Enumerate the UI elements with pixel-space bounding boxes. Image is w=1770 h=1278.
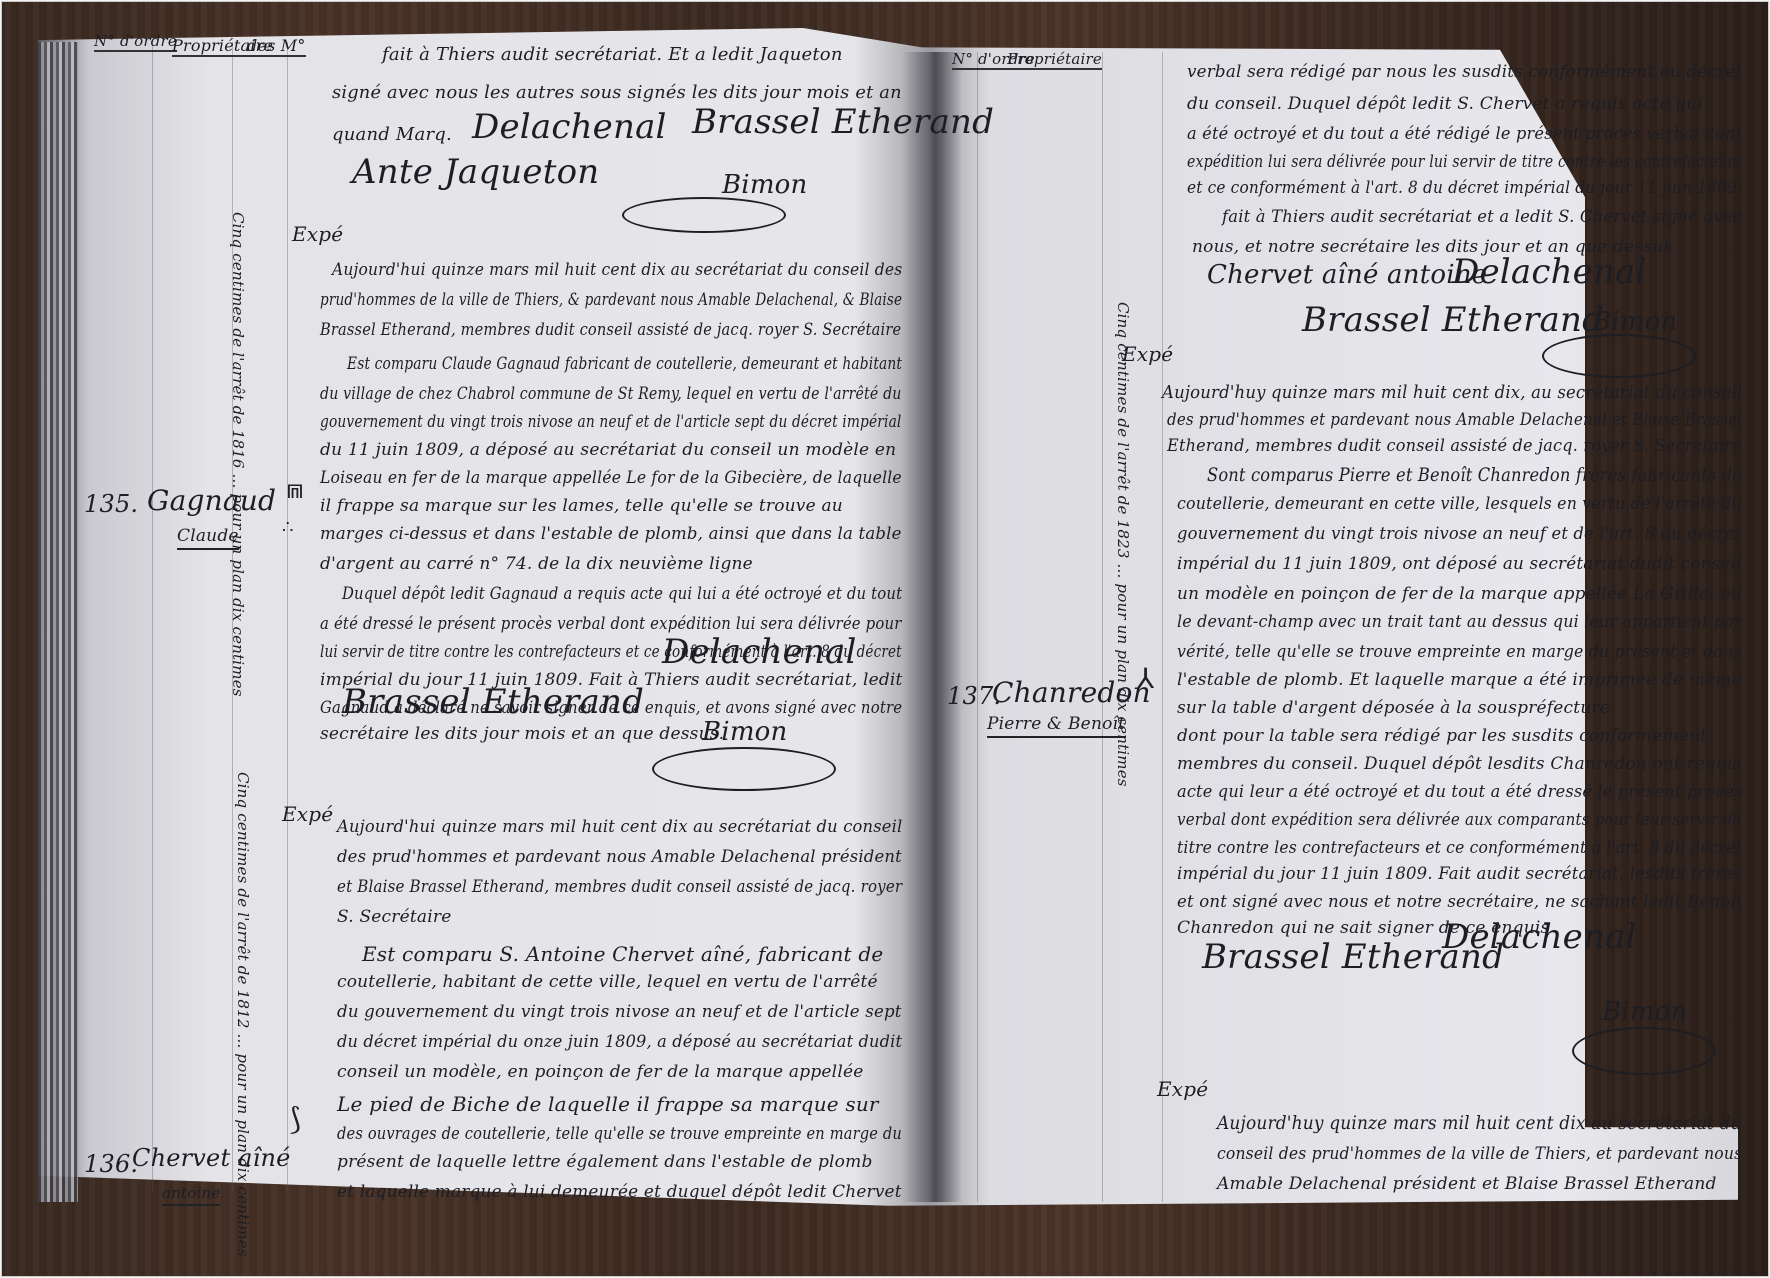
text-line: coutellerie, demeurant en cette ville, l… xyxy=(1177,494,1742,514)
entry-surname: Gagnaud xyxy=(147,484,276,517)
margin-note-fee: Cinq centimes de l'arrêt de 1812 ... pou… xyxy=(234,772,252,1257)
text-line: Est comparu S. Antoine Chervet aîné, fab… xyxy=(362,942,883,966)
text-line: fait à Thiers audit secrétariat et a led… xyxy=(1222,207,1742,227)
signature-flourish xyxy=(652,747,836,791)
expedition-label: Expé xyxy=(1157,1077,1208,1101)
entry-surname: Chanredon xyxy=(992,676,1151,709)
entry-surname: Chervet aîné xyxy=(132,1144,291,1172)
maker-mark-gibeciere: ⩎ xyxy=(287,472,303,506)
text-line: acte qui leur a été octroyé et du tout a… xyxy=(1177,782,1743,802)
text-line: prud'hommes de la ville de Thiers, & par… xyxy=(320,290,902,310)
text-line: un modèle en poinçon de fer de la marque… xyxy=(1177,584,1742,604)
text-line: Le pied de Biche de laquelle il frappe s… xyxy=(337,1092,879,1116)
text-line: coutellerie, habitant de cette ville, le… xyxy=(337,972,878,992)
text-line: des ouvrages de coutellerie, telle qu'el… xyxy=(337,1124,902,1144)
text-line: et ce conformément à l'art. 8 du décret … xyxy=(1187,178,1742,198)
signature-chervet: Chervet aîné antoine xyxy=(1207,260,1487,290)
margin-note-fee: Cinq centimes de l'arrêt de 1816 ... pou… xyxy=(229,212,247,697)
text-line: du village de chez Chabrol commune de St… xyxy=(320,384,902,404)
entry-first-name: Claude xyxy=(177,526,239,550)
text-line: a été dressé le présent procès verbal do… xyxy=(320,614,902,634)
column-header-number: N° d'ordre xyxy=(94,32,177,52)
text-line: il frappe sa marque sur les lames, telle… xyxy=(320,496,843,516)
signature-delachenal: Delachenal xyxy=(1452,252,1647,292)
text-line: du gouvernement du vingt trois nivose an… xyxy=(337,1002,902,1022)
column-rule xyxy=(1102,52,1103,1202)
signature-brassel-etherand: Brassel Etherand xyxy=(692,102,994,142)
entry-number: 136. xyxy=(84,1150,138,1178)
signature-flourish xyxy=(1572,1027,1716,1075)
text-line: d'argent au carré n° 74. de la dix neuvi… xyxy=(320,554,753,574)
signature-jaqueton: Ante Jaqueton xyxy=(352,152,599,192)
text-line: vérité, telle qu'elle se trouve empreint… xyxy=(1177,642,1742,662)
expedition-label: Expé xyxy=(282,802,333,826)
text-line: Aujourd'huy quinze mars mil huit cent di… xyxy=(1162,382,1743,403)
text-line: conseil un modèle, en poinçon de fer de … xyxy=(337,1062,863,1082)
text-line: membres du conseil. Duquel dépôt lesdits… xyxy=(1177,754,1742,774)
text-line: Aujourd'huy quinze mars mil huit cent di… xyxy=(1217,1112,1742,1134)
text-line: des prud'hommes et pardevant nous Amable… xyxy=(337,847,902,867)
signature-delachenal: Delachenal xyxy=(662,632,857,672)
signature-delachenal: Delachenal xyxy=(472,107,667,147)
text-line: gouvernement du vingt trois nivose an ne… xyxy=(1177,524,1742,544)
text-line: Aujourd'hui quinze mars mil huit cent di… xyxy=(337,817,902,837)
text-line: sur la table d'argent déposée à la sousp… xyxy=(1177,698,1610,718)
text-line: verbal sera rédigé par nous les susdits … xyxy=(1187,62,1742,82)
entry-first-name: Pierre & Benoît xyxy=(987,714,1125,738)
signature-brassel-etherand: Brassel Etherand xyxy=(1302,300,1604,340)
text-line: impérial du 11 juin 1809, ont déposé au … xyxy=(1177,554,1742,574)
column-rule xyxy=(287,42,288,1192)
text-line: et laquelle marque à lui demeurée et duq… xyxy=(337,1182,902,1202)
text-line: expédition lui sera délivrée pour lui se… xyxy=(1187,152,1742,172)
book-spine-edge xyxy=(38,42,78,1202)
text-line: Sont comparus Pierre et Benoît Chanredon… xyxy=(1207,464,1742,486)
text-line: et ont signé avec nous et notre secrétai… xyxy=(1177,892,1743,912)
signature-brassel-etherand: Brassel Etherand xyxy=(342,682,644,722)
text-line: le devant-champ avec un trait tant au de… xyxy=(1177,612,1742,632)
signature-bimon: Bimon xyxy=(1592,307,1677,337)
text-line: du 11 juin 1809, a déposé au secrétariat… xyxy=(320,440,896,460)
signature-bimon: Bimon xyxy=(1602,997,1687,1027)
column-rule xyxy=(152,42,153,1192)
text-line: verbal dont expédition sera délivrée aux… xyxy=(1177,810,1742,830)
column-rule xyxy=(977,52,978,1202)
text-line: a été octroyé et du tout a été rédigé le… xyxy=(1187,124,1742,144)
expedition-label: Expé xyxy=(292,222,343,246)
maker-mark-dots: ∴ xyxy=(282,517,293,538)
text-line: quand Marq. xyxy=(332,124,452,145)
column-header-owner: Propriétaire xyxy=(1007,50,1102,70)
text-line: présent de laquelle lettre également dan… xyxy=(337,1152,873,1172)
photo-frame: N° d'ordre Propriétaire des M° fait à Th… xyxy=(2,2,1768,1276)
text-line: Etherand, membres dudit conseil assisté … xyxy=(1167,436,1742,456)
text-line: signé avec nous les autres sous signés l… xyxy=(332,82,902,103)
book-gutter xyxy=(902,52,962,1202)
text-line: impérial du jour 11 juin 1809. Fait audi… xyxy=(1177,864,1742,884)
maker-mark-pied-de-biche: ⟆ xyxy=(289,1102,301,1137)
text-line: du conseil. Duquel dépôt ledit S. Cherve… xyxy=(1187,94,1703,114)
text-line: Aujourd'hui quinze mars mil huit cent di… xyxy=(332,260,902,280)
text-line: gouvernement du vingt trois nivose an ne… xyxy=(320,412,901,432)
text-line: et Blaise Brassel Etherand, membres dudi… xyxy=(337,877,902,897)
text-line: l'estable de plomb. Et laquelle marque a… xyxy=(1177,670,1742,690)
text-line: conseil des prud'hommes de la ville de T… xyxy=(1217,1144,1742,1164)
text-line: Amable Delachenal président et Blaise Br… xyxy=(1217,1174,1717,1194)
text-line: du décret impérial du onze juin 1809, a … xyxy=(337,1032,902,1052)
expedition-label: Expé xyxy=(1122,342,1173,366)
signature-flourish xyxy=(1542,334,1696,378)
signature-delachenal: Delachenal xyxy=(1442,917,1637,957)
signature-bimon: Bimon xyxy=(702,717,787,747)
text-line: marges ci-dessus et dans l'estable de pl… xyxy=(320,524,902,544)
text-line: S. Secrétaire xyxy=(337,907,451,927)
text-line: Brassel Etherand, membres dudit conseil … xyxy=(320,320,901,340)
entry-number: 135. xyxy=(84,490,138,518)
entry-first-name: antoine xyxy=(162,1184,220,1206)
text-line: Loiseau en fer de la marque appellée Le … xyxy=(320,468,902,488)
column-rule xyxy=(1162,52,1163,1202)
signature-flourish xyxy=(622,197,786,233)
text-line: secrétaire les dits jour mois et an que … xyxy=(320,724,724,744)
column-header-marks: des M° xyxy=(247,36,306,57)
maker-mark-la-grille: ⅄ xyxy=(1137,662,1154,695)
signature-bimon: Bimon xyxy=(722,170,807,200)
text-line: fait à Thiers audit secrétariat. Et a le… xyxy=(382,44,843,65)
text-line: Est comparu Claude Gagnaud fabricant de … xyxy=(347,354,902,374)
text-line: titre contre les contrefacteurs et ce co… xyxy=(1177,838,1742,858)
text-line: des prud'hommes et pardevant nous Amable… xyxy=(1167,410,1742,430)
text-line: dont pour la table sera rédigé par les s… xyxy=(1177,726,1707,746)
text-line: Duquel dépôt ledit Gagnaud a requis acte… xyxy=(342,584,902,604)
